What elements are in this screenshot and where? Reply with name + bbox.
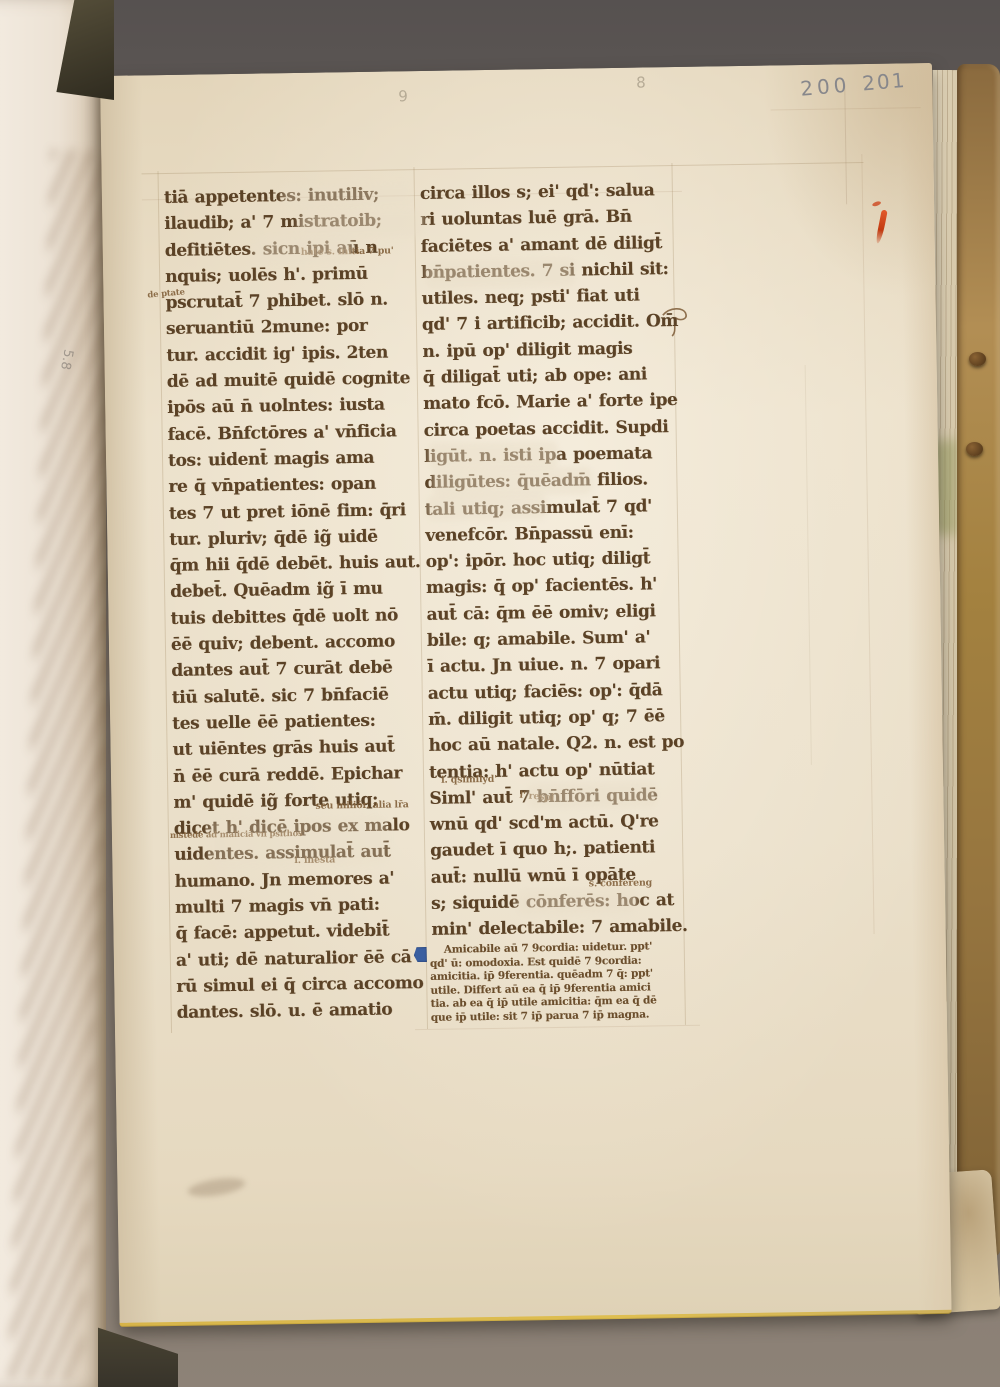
manuscript-line: humano. Jn memores a' [174, 865, 430, 895]
manuscript-line: pscrutat̄ 7 phibet. slō n. [165, 286, 421, 316]
manuscript-line: ri uoluntas luē grā. Bn̄ [420, 203, 682, 233]
interlinear-note: i. qsimilyd' [441, 774, 497, 786]
rubbed-ink-patch [282, 183, 412, 209]
manuscript-line: multi 7 magis vn̄ pati: [175, 891, 431, 921]
rubbed-ink-patch [253, 236, 353, 264]
manuscript-line: mato fcō. Marie a' forte ipe [423, 387, 685, 417]
manuscript-line: hoc aū natale. Q2. n. est po [428, 729, 690, 759]
manuscript-line: min' delectabile: 7 amabile. [431, 913, 693, 943]
manuscript-line: nquis; uolēs h'. primū [165, 260, 421, 290]
manuscript-line: facē. Bn̄fctōres a' vn̄ficia [167, 418, 423, 448]
manuscript-line: dē ad muitē quidē cognite [167, 365, 423, 395]
rubbed-ink-patch [298, 209, 424, 239]
manuscript-line: n̄ ēē curā reddē. Epichar [173, 759, 429, 789]
ruling-line-horizontal [142, 162, 864, 174]
manuscript-line: bile: q; amabile. Sum' a' [427, 624, 689, 654]
book-cover-edge [957, 64, 1000, 1256]
manuscript-line: tos: uident̄ magis ama [168, 444, 424, 474]
manuscript-line: a' uti; dē naturalior ēē cā [176, 944, 432, 974]
gloss-line: que ip̄ utile: sit 7 ip̄ parua 7 ip̄ mag… [431, 1008, 703, 1026]
manuscript-line: dantes aut̄ 7 curāt debē [171, 654, 427, 684]
ruling-line-horizontal [415, 1025, 700, 1030]
quire-mark-right: 8 [636, 73, 646, 91]
gilt-page-edge [120, 1310, 952, 1327]
manuscript-line: actu utiq; faciēs: op': q̄dā [428, 676, 690, 706]
rubbed-ink-patch [427, 493, 547, 521]
page-crease [844, 84, 847, 204]
manuscript-line: tur. pluriv; q̄dē ig̃ uidē [169, 523, 425, 553]
parchment-page: 200 201 9 8 tiā appetentes: inutiliv;ila… [100, 63, 952, 1326]
folio-number-recto: 201 [861, 68, 907, 96]
manuscript-line: ī actu. Jn uiue. n. 7 opari [427, 650, 689, 680]
red-ink-mark-tip [872, 200, 882, 207]
manuscript-line: ipōs aū n̄ uolntes: iusta [167, 391, 423, 421]
manuscript-line: op': ipōr. hoc utiq; diligt̄ [425, 545, 687, 575]
clasp-remnant [966, 442, 983, 456]
manuscript-line: m̄. diligit utiq; op' q; 7 ēē [428, 703, 690, 733]
manuscript-line: aut̄ cā: q̄m ēē omiv; eligi [426, 598, 688, 628]
manuscript-line: circa illos s; ei' qd': salua [420, 177, 682, 207]
manuscript-line: qd' 7 i artificib; accidit. Om̄ [422, 308, 684, 338]
interlinear-note: seu miliōr. alia lr̄a [315, 799, 408, 811]
manuscript-line: tiū salutē. sic 7 bn̄faciē [172, 681, 428, 711]
manuscript-line: tes uelle ēē patientes: [172, 707, 428, 737]
text-column-left: tiā appetentes: inutiliv;ilaudib; a' 7 m… [164, 181, 433, 1026]
rubbed-ink-patch [527, 781, 657, 809]
red-ink-mark [875, 209, 887, 244]
manuscript-line: n. ipū op' diligit magis [422, 335, 684, 365]
facing-page-blurred [0, 0, 106, 1387]
ruling-line-vertical [861, 154, 874, 934]
manuscript-line: ēē quiv; debent. accomo [171, 628, 427, 658]
text-column-right: circa illos s; ei' qd': saluari uoluntas… [420, 177, 694, 944]
clasp-remnant [969, 352, 986, 366]
binding-shadow-bottom [98, 1318, 178, 1387]
manuscript-line: q̄ diligat̄ uti; ab ope: ani [423, 361, 685, 391]
manuscript-photo: { "photo": { "folio_numbers": { "verso":… [0, 0, 1000, 1387]
manuscript-line: gaudet ī quo h;. patienti [430, 834, 692, 864]
rubbed-ink-patch [517, 888, 637, 916]
manuscript-line: tur. accidit ig' ipis. 2ten [166, 339, 422, 369]
manuscript-line: rū simul ei q̄ circa accomo [176, 970, 432, 1000]
manuscript-line: faciētes a' amant dē diligt̄ [421, 229, 683, 259]
rubbed-ink-patch [432, 466, 592, 497]
manuscript-line: tuis debittes q̄dē uolt nō [170, 602, 426, 632]
manuscript-line: q̄ facē: appetut. videbit̄ [175, 917, 431, 947]
folio-number-verso: 200 [799, 73, 851, 101]
manuscript-line: ut uiēntes grās huis aut̄ [172, 733, 428, 763]
quire-mark-left: 9 [398, 87, 408, 105]
manuscript-line: circa poetas accidit. Supdi [423, 414, 685, 444]
erased-stamp-smudge [187, 1175, 247, 1200]
manuscript-line: q̄m hii q̄dē debēt. huis aut. [170, 549, 426, 579]
manuscript-line: debet̄. Quēadm ig̃ ī mu [170, 575, 426, 605]
manuscript-line: seruantiū 2mune: por [166, 312, 422, 342]
manuscript-line: aut̄: nullū wnū ī opāte [430, 861, 692, 891]
manuscript-line: venefcōr. Bn̄passū enī: [425, 519, 687, 549]
manuscript-line: magis: q̄ op' facientēs. h' [426, 571, 688, 601]
manuscript-line: re q̄ vn̄patientes: opan [168, 470, 424, 500]
rubbed-ink-patch [208, 817, 389, 868]
manuscript-line: tes 7 ut pret iōnē fim: q̄ri [169, 497, 425, 527]
rubbed-ink-patch [425, 259, 575, 289]
manuscript-line: wnū qd' scd'm actū. Q're [430, 808, 692, 838]
manuscript-line: dantes. slō. u. ē amatio [177, 996, 433, 1026]
page-crease [805, 365, 812, 765]
gloss-paragraph: Amicabile aū 7 9cordia: uidetur. ppt'qd'… [430, 940, 703, 1026]
